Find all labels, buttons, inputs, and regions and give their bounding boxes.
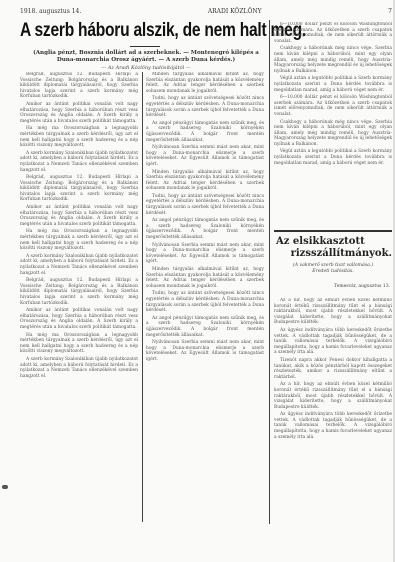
paragraph: Amikor az ántánt politikai vonalán volt … <box>20 102 138 124</box>
paragraph: Tudni, hogy az ántánt szövetségesei közö… <box>146 291 264 313</box>
second-headline-line-2: rizsszállítmányok. <box>276 248 392 260</box>
paragraph: Az a hír, hogy az elmúlt évben közel két… <box>274 382 392 410</box>
newspaper-title: ARADI KÖZLÖNY <box>208 8 262 18</box>
paragraph: Az ügyész indítványára több kereskedőt ő… <box>274 328 392 356</box>
paragraph: Belgrád, augusztus 12. Budapesti Hírlapi… <box>20 175 138 203</box>
paragraph: Nyilvánosan Szerbia semmi mást nem akar,… <box>146 145 264 167</box>
paragraph: A szerb kormány Szalonikiban újabb nyila… <box>20 254 138 276</box>
paragraph: Nyilvánosan Szerbia semmi mást nem akar,… <box>146 340 264 362</box>
paragraph: 6—10.000 dollár pénzt el kölcsön Washing… <box>274 95 392 117</box>
column-rule <box>269 20 270 524</box>
paragraph: Belgrád, augusztus 12. Budapesti Hírlapi… <box>20 72 138 100</box>
column-rule <box>142 72 143 522</box>
paragraph: Ha még ma Oroszországban a legnagyobb mé… <box>20 333 138 355</box>
main-subheadline: (Anglia pénzt, Bosznia dollárt ad a szer… <box>24 50 268 64</box>
paragraph: Az a hír, hogy az elmúlt évben közel két… <box>274 298 392 326</box>
paragraph: Az angol pénzügyi támogatás nem szűnik m… <box>146 316 264 338</box>
second-dateline: Temesvár, augusztus 13. <box>274 284 390 289</box>
article-separator <box>274 230 392 232</box>
paragraph: A szerb kormány Szalonikiban újabb nyila… <box>20 151 138 173</box>
paragraph: Csakhogy a háborúnak még nincs vége. Sze… <box>274 46 392 74</box>
paragraph: Az angol pénzügyi támogatás nem szűnik m… <box>146 121 264 143</box>
paragraph: Minden tárgyalás alkalmával kitűnt az, h… <box>146 267 264 289</box>
paragraph: Belgrád, augusztus 12. Budapesti Hírlapi… <box>20 278 138 306</box>
paragraph: Tudni, hogy az ántánt szövetségesei közö… <box>146 194 264 216</box>
page-number: 7 <box>388 8 392 18</box>
headline-divider <box>130 46 160 47</box>
paragraph: Végül aztán a legutóbbi politikai a Szer… <box>274 76 392 93</box>
paragraph: 6—10.000 dollár pénzt el kölcsön Washing… <box>274 22 392 44</box>
paragraph: Amikor az ántánt politikai vonalán volt … <box>20 205 138 227</box>
article-column-3: 6—10.000 dollár pénzt el kölcsön Washing… <box>274 22 392 226</box>
paragraph: Minden tárgyalás alkalmával kitűnt az, h… <box>146 72 264 94</box>
second-headline: Az elsikkasztott rizsszállítmányok. <box>276 236 392 260</box>
page-header: 1918. augusztus 14. ARADI KÖZLÖNY 7 <box>20 8 392 18</box>
paragraph: Amikor az ántánt politikai vonalán volt … <box>20 308 138 330</box>
paragraph: Minden tárgyalás alkalmával kitűnt az, h… <box>146 170 264 192</box>
article-column-2: Minden tárgyalás alkalmával kitűnt az, h… <box>146 72 264 522</box>
article-column-1: Belgrád, augusztus 12. Budapesti Hírlapi… <box>20 72 138 522</box>
paragraph: Tizenöt napra akkor Fenesi doktor kihall… <box>274 358 392 380</box>
paragraph: Az ügyész indítványára több kereskedőt ő… <box>274 412 392 440</box>
issue-date: 1918. augusztus 14. <box>20 8 81 18</box>
second-note-2: Eredeti tudósítás. <box>274 269 392 275</box>
paragraph: Ha még ma Oroszországban a legnagyobb mé… <box>20 229 138 251</box>
paragraph: A szerb kormány Szalonikiban újabb nyila… <box>20 357 138 379</box>
newspaper-page: 1918. augusztus 14. ARADI KÖZLÖNY 7 A sz… <box>20 6 392 521</box>
main-byline: — Az Aradi Közlöny tudósítójától — <box>20 65 272 71</box>
paragraph: Az angol pénzügyi támogatás nem szűnik m… <box>146 218 264 240</box>
paragraph: Ha még ma Oroszországban a legnagyobb mé… <box>20 126 138 148</box>
second-headline-line-1: Az elsikkasztott <box>276 236 392 248</box>
scan-artifact <box>2 485 8 489</box>
second-article-body: Az a hír, hogy az elmúlt évben közel két… <box>274 298 392 523</box>
paragraph: Nyilvánosan Szerbia semmi mást nem akar,… <box>146 243 264 265</box>
paragraph: Végül aztán a legutóbbi politikai a Szer… <box>274 149 392 166</box>
main-headline: A szerb háboru alszik, de nem halt meg. <box>20 20 227 42</box>
paragraph: Tudni, hogy az ántánt szövetségesei közö… <box>146 96 264 118</box>
paragraph: Csakhogy a háborúnak még nincs vége. Sze… <box>274 120 392 148</box>
second-subheadline: (A vakmerő szerb tiszt vallomása.) Erede… <box>274 263 392 275</box>
